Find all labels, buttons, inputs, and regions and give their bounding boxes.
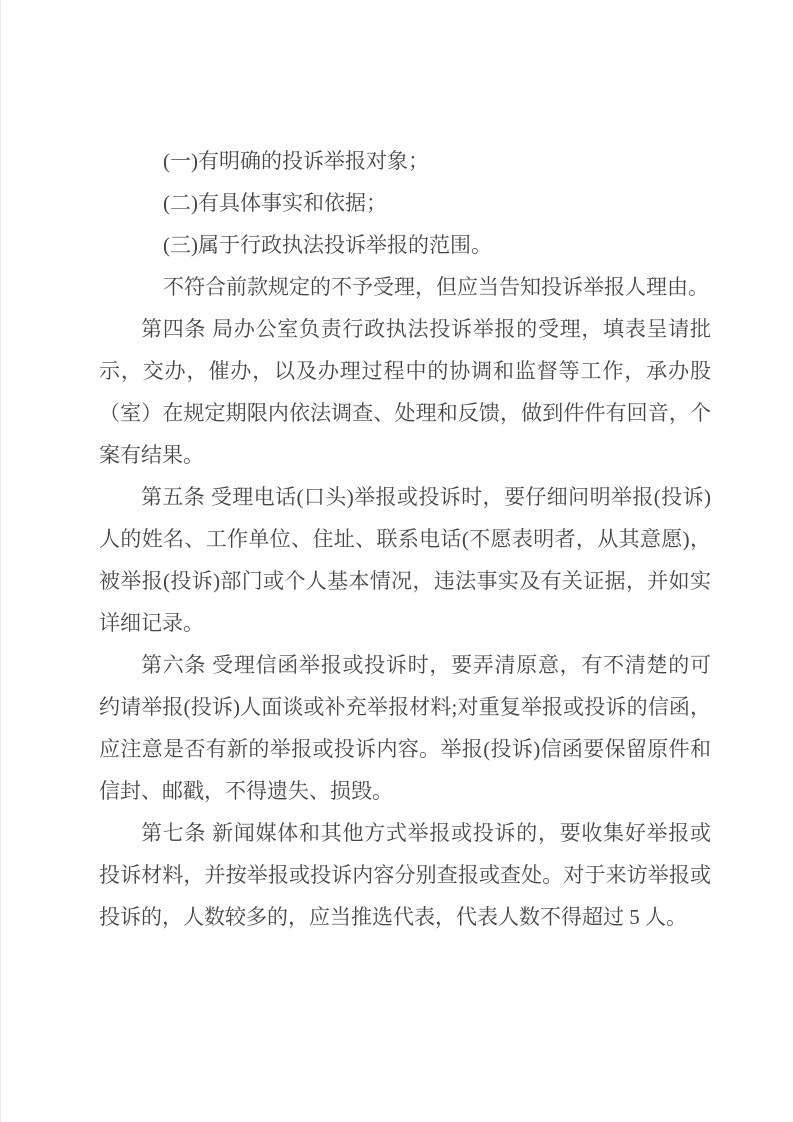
clause-item-1: (一)有明确的投诉举报对象； <box>99 140 711 182</box>
article-7: 第七条 新闻媒体和其他方式举报或投诉的，要收集好举报或投诉材料，并按举报或投诉内… <box>99 812 711 938</box>
article-5: 第五条 受理电话(口头)举报或投诉时，要仔细问明举报(投诉)人的姓名、工作单位、… <box>99 476 711 644</box>
article-4: 第四条 局办公室负责行政执法投诉举报的受理，填表呈请批示，交办，催办，以及办理过… <box>99 308 711 476</box>
document-text-block: (一)有明确的投诉举报对象； (二)有具体事实和依据； (三)属于行政执法投诉举… <box>99 140 711 938</box>
article-6: 第六条 受理信函举报或投诉时，要弄清原意，有不清楚的可约请举报(投诉)人面谈或补… <box>99 644 711 812</box>
clause-note: 不符合前款规定的不予受理，但应当告知投诉举报人理由。 <box>99 266 711 308</box>
clause-item-2: (二)有具体事实和依据； <box>99 182 711 224</box>
clause-item-3: (三)属于行政执法投诉举报的范围。 <box>99 224 711 266</box>
document-page: { "colors": { "page_background": "#fffff… <box>0 0 793 1122</box>
